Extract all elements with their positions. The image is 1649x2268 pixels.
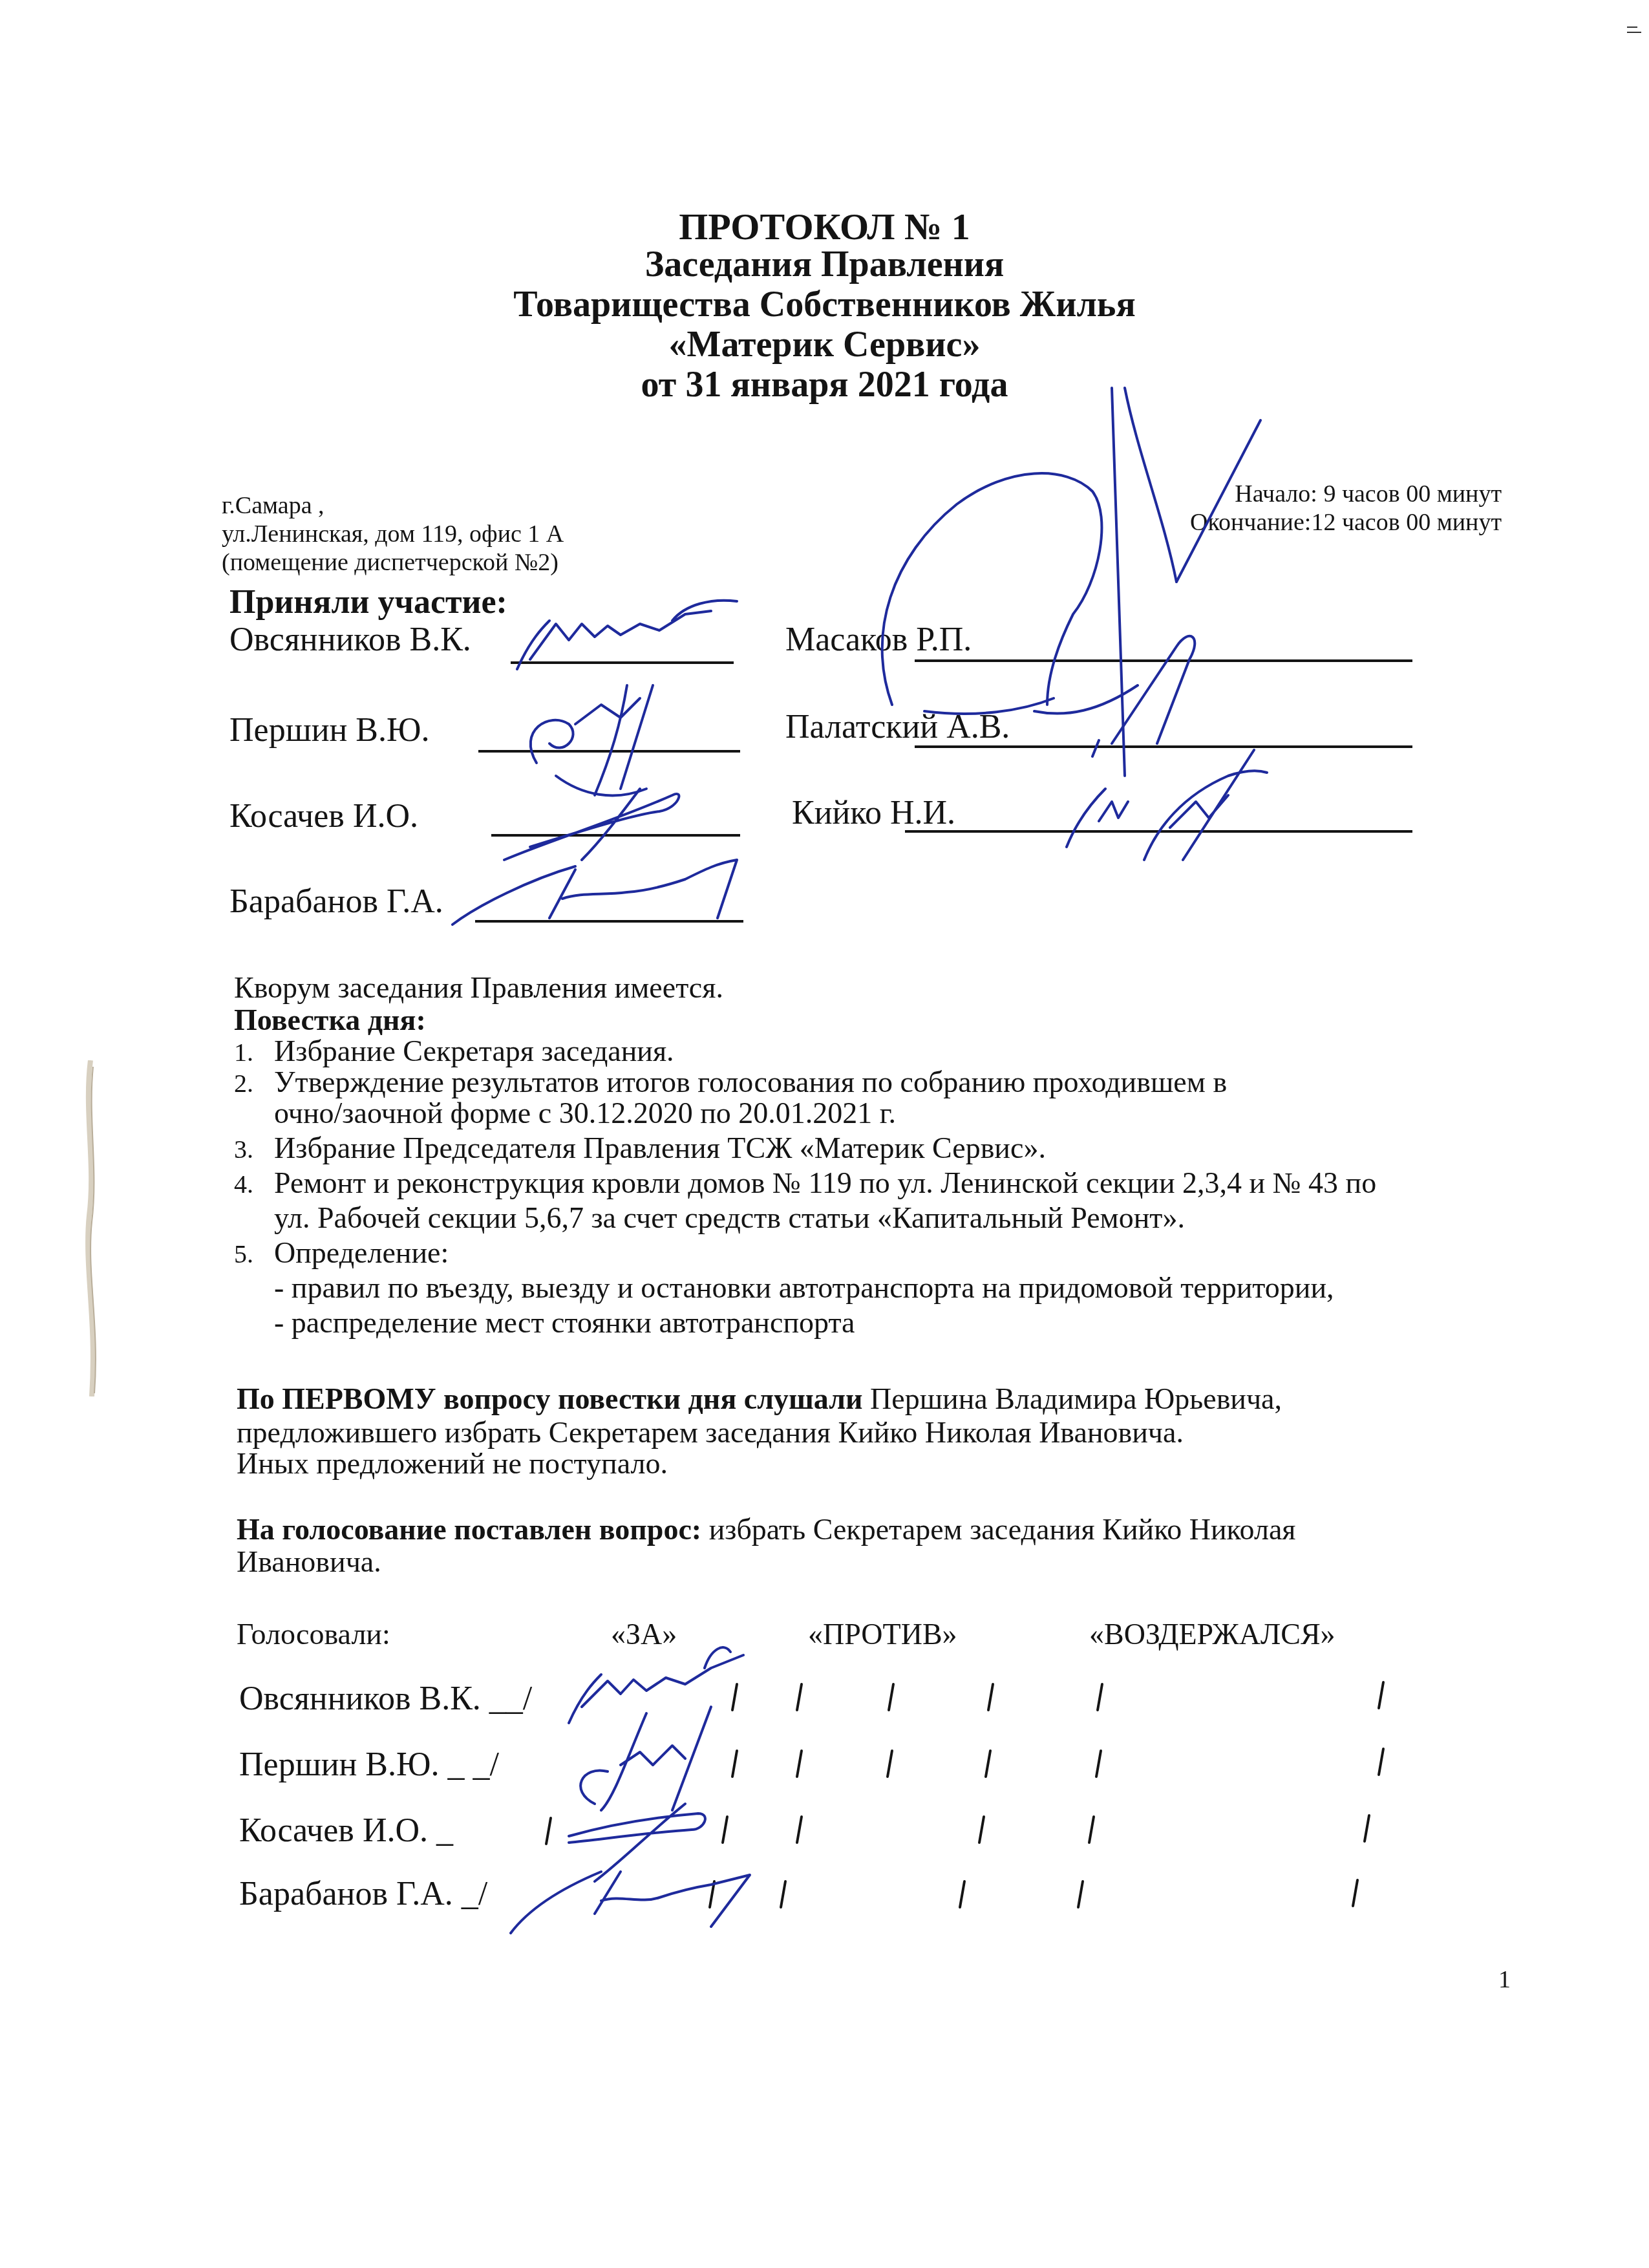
agenda-item: 1.Избрание Секретаря заседания. bbox=[234, 1034, 674, 1069]
document-date: от 31 января 2021 года bbox=[0, 363, 1649, 406]
document-subtitle-meeting: Заседания Правления bbox=[0, 243, 1649, 286]
participant-name: Палатский А.В. bbox=[785, 708, 1010, 747]
participants-heading: Приняли участие: bbox=[229, 583, 507, 622]
vote-mark: _/ bbox=[462, 1876, 487, 1912]
signature-palatsky bbox=[1092, 636, 1195, 756]
document-title: ПРОТОКОЛ № 1 bbox=[0, 206, 1649, 248]
agenda-item-number: 1. bbox=[234, 1036, 274, 1069]
question-1-no-other-proposals: Иных предложений не поступало. bbox=[237, 1447, 668, 1481]
agenda-item-text: Избрание Председателя Правления ТСЖ «Мат… bbox=[274, 1131, 1046, 1164]
voter-name: Барабанов Г.А. bbox=[239, 1876, 453, 1912]
agenda-item-number: 4. bbox=[234, 1168, 274, 1201]
voting-column-against: «ПРОТИВ» bbox=[808, 1618, 957, 1651]
agenda-item: 5.Определение: bbox=[234, 1236, 449, 1271]
agenda-subitem: - распределение мест стоянки автотранспо… bbox=[274, 1306, 855, 1340]
voter-name: Косачев И.О. bbox=[239, 1812, 428, 1849]
signature-vote-kosachev bbox=[569, 1804, 705, 1881]
signature-line bbox=[491, 834, 740, 837]
scan-edge-marks bbox=[1624, 23, 1644, 43]
signature-line bbox=[478, 750, 740, 753]
agenda-item-number: 2. bbox=[234, 1067, 274, 1100]
agenda-item-text: Определение: bbox=[274, 1236, 449, 1269]
agenda-item-text: Ремонт и реконструкция кровли домов № 11… bbox=[274, 1166, 1376, 1199]
signature-pershin bbox=[531, 685, 653, 795]
participant-name: Барабанов Г.А. bbox=[229, 883, 443, 921]
agenda-subitem: - правил по въезду, выезду и остановки а… bbox=[274, 1271, 1334, 1305]
signature-vote-barabanov bbox=[511, 1872, 750, 1933]
participant-name: Косачев И.О. bbox=[229, 797, 418, 836]
voting-column-abstained: «ВОЗДЕРЖАЛСЯ» bbox=[1089, 1618, 1335, 1651]
signature-line bbox=[915, 745, 1412, 748]
participant-name: Овсянников В.К. bbox=[229, 621, 471, 659]
signature-kiyko bbox=[1067, 750, 1267, 860]
voting-row: Косачев И.О. _ bbox=[239, 1812, 453, 1850]
signature-line bbox=[475, 920, 743, 923]
signature-line bbox=[905, 830, 1412, 833]
agenda-item: 3.Избрание Председателя Правления ТСЖ «М… bbox=[234, 1131, 1046, 1166]
agenda-item-text: Избрание Секретаря заседания. bbox=[274, 1034, 674, 1067]
question-1-proposal: предложившего избрать Секретарем заседан… bbox=[237, 1416, 1184, 1450]
voting-row: Овсянников В.К. __/ bbox=[239, 1680, 532, 1718]
voting-column-for: «ЗА» bbox=[611, 1618, 677, 1651]
question-1-heard-speaker: Першина Владимира Юрьевича, bbox=[863, 1382, 1282, 1415]
page-number: 1 bbox=[1498, 1965, 1511, 1994]
voting-row: Барабанов Г.А. _/ bbox=[239, 1875, 487, 1914]
location-city: г.Самара , bbox=[222, 491, 324, 520]
binding-thread bbox=[78, 1060, 103, 1396]
document-subtitle-partnership: Товарищества Собственников Жилья bbox=[0, 283, 1649, 326]
location-room: (помещение диспетчерской №2) bbox=[222, 548, 559, 577]
vote-question-label: На голосование поставлен вопрос: bbox=[237, 1513, 701, 1546]
agenda-heading: Повестка дня: bbox=[234, 1003, 426, 1037]
signature-line bbox=[915, 659, 1412, 662]
voter-name: Овсянников В.К. bbox=[239, 1680, 481, 1717]
agenda-item-number: 3. bbox=[234, 1133, 274, 1166]
vote-mark: _ bbox=[436, 1812, 453, 1849]
agenda-item-continuation: очно/заочной форме с 30.12.2020 по 20.01… bbox=[274, 1097, 896, 1130]
signature-kosachev bbox=[504, 789, 679, 860]
signature-line bbox=[511, 661, 734, 664]
signature-vote-ovsyannikov bbox=[569, 1647, 743, 1723]
voting-row: Першин В.Ю. _ _/ bbox=[239, 1746, 499, 1784]
question-1-heard-label: По ПЕРВОМУ вопросу повестки дня слушали bbox=[237, 1382, 863, 1415]
question-1-vote-question-continuation: Ивановича. bbox=[237, 1545, 381, 1579]
signature-barabanov bbox=[452, 860, 737, 925]
agenda-item: 2.Утверждение результатов итогов голосов… bbox=[234, 1065, 1227, 1100]
agenda-item-number: 5. bbox=[234, 1237, 274, 1271]
agenda-item-continuation: ул. Рабочей секции 5,6,7 за счет средств… bbox=[274, 1201, 1185, 1235]
agenda-item: 4.Ремонт и реконструкция кровли домов № … bbox=[234, 1166, 1376, 1201]
participant-name: Кийко Н.И. bbox=[792, 794, 955, 833]
voter-name: Першин В.Ю. bbox=[239, 1746, 439, 1783]
location-address: ул.Ленинская, дом 119, офис 1 А bbox=[222, 520, 564, 548]
meeting-end-time: Окончание:12 часов 00 минут bbox=[1190, 508, 1502, 537]
question-1-heard: По ПЕРВОМУ вопросу повестки дня слушали … bbox=[237, 1382, 1282, 1416]
question-1-vote-question: На голосование поставлен вопрос: избрать… bbox=[237, 1513, 1295, 1546]
vote-mark: _ _/ bbox=[447, 1746, 498, 1783]
signature-vote-pershin bbox=[580, 1707, 711, 1810]
participant-name: Першин В.Ю. bbox=[229, 711, 429, 750]
agenda-item-text: Утверждение результатов итогов голосован… bbox=[274, 1065, 1227, 1098]
signature-ovsyannikov bbox=[517, 601, 737, 669]
meeting-start-time: Начало: 9 часов 00 минут bbox=[1235, 480, 1502, 508]
voting-label: Голосовали: bbox=[237, 1618, 390, 1651]
vote-mark: __/ bbox=[489, 1680, 532, 1717]
organization-name: «Материк Сервис» bbox=[0, 323, 1649, 366]
quorum-statement: Кворум заседания Правления имеется. bbox=[234, 971, 723, 1005]
participant-name: Масаков Р.П. bbox=[785, 621, 972, 659]
vote-question-text: избрать Секретарем заседания Кийко Никол… bbox=[701, 1513, 1295, 1546]
